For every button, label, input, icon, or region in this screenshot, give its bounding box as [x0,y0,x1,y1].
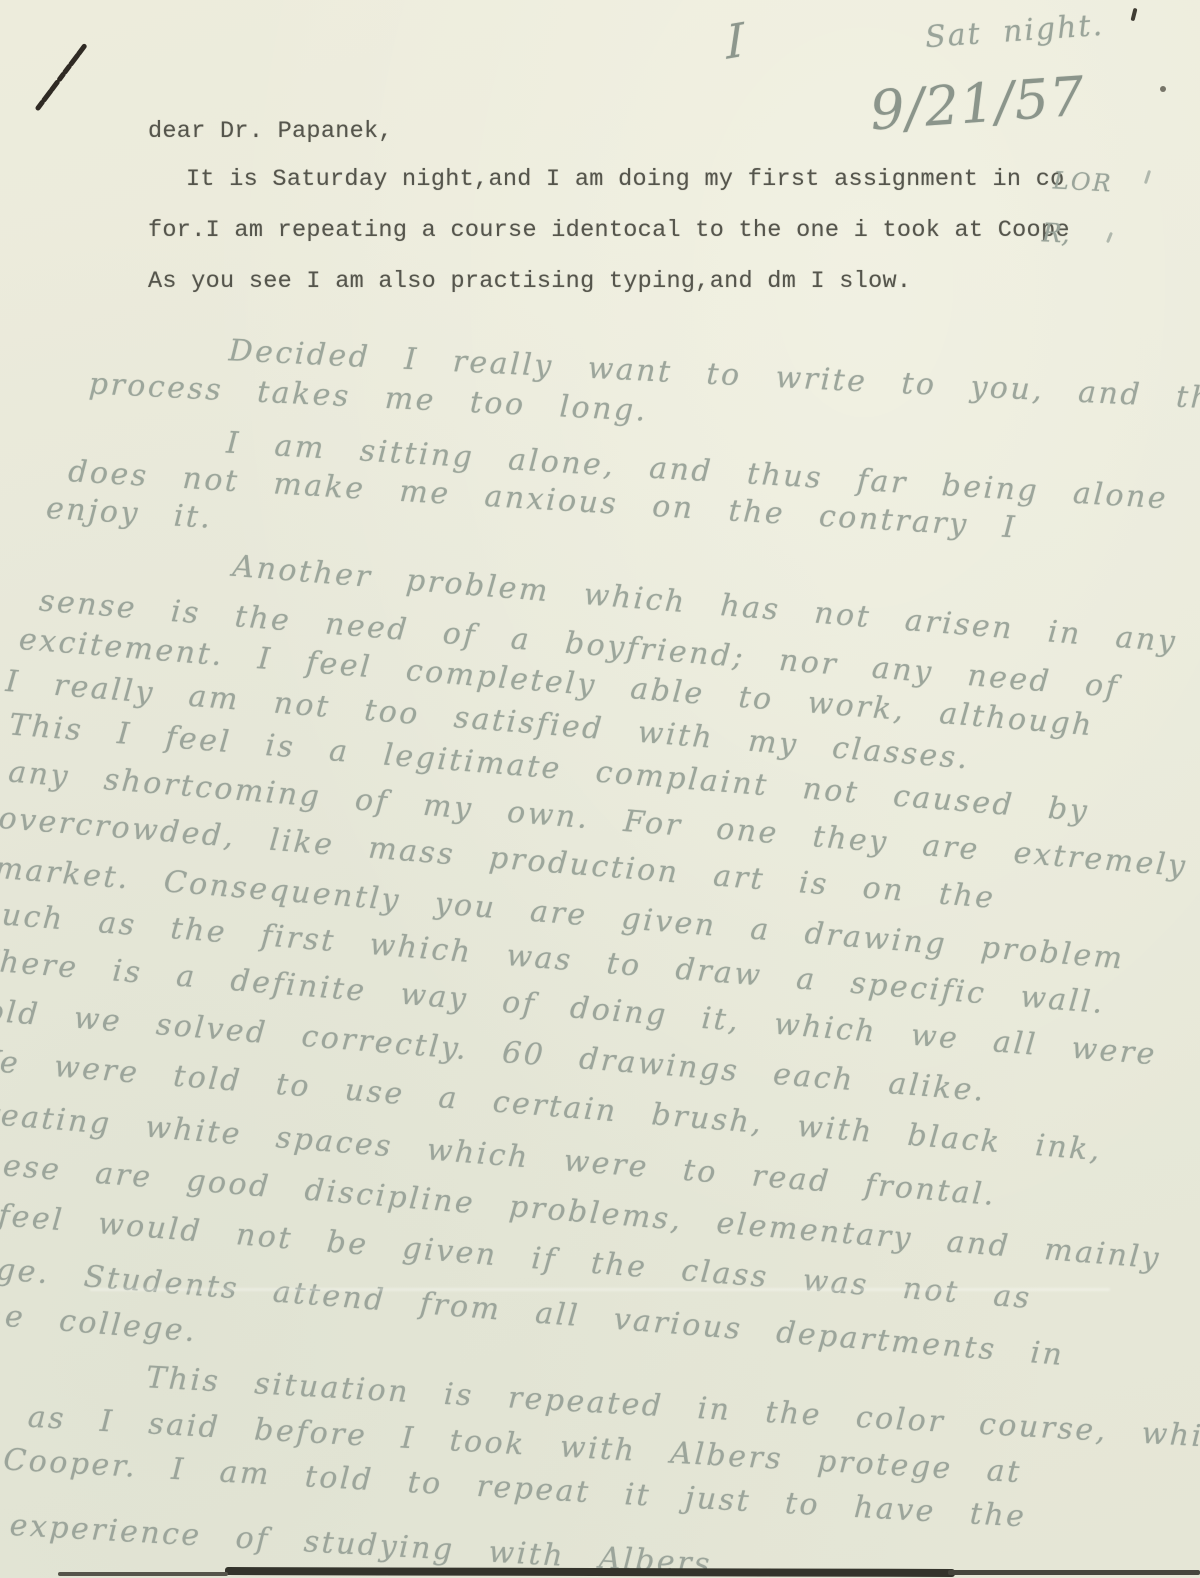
scan-edge-shadow [948,1570,1200,1575]
stray-ink-mark [1130,8,1137,22]
letter-page: I Sat night. 9/21/57 dear Dr. Papanek, I… [0,0,1200,1578]
handwriting-line: the college. [0,1296,199,1349]
paper-crease [90,1288,1110,1291]
page-number: I [725,12,745,70]
handwriting-paragraph-1: Decided I really want to write to you, a… [0,318,1200,386]
salutation: dear Dr. Papanek, [148,118,393,145]
handwriting-line: enjoy it. [45,491,213,536]
scan-edge-shadow [58,1572,228,1576]
typed-line-2: for.I am repeating a course identocal to… [148,217,1070,244]
scan-edge-shadow [225,1567,955,1577]
corner-note: Sat night. [924,8,1105,55]
handwriting-paragraph-3: Another problem which has not arisen in … [0,528,1200,640]
pencil-tick-mark [1144,170,1151,184]
typed-line-1: It is Saturday night,and I am doing my f… [186,166,1065,193]
date-note: 9/21/57 [868,65,1087,143]
typed-line-3: As you see I am also practising typing,a… [148,268,911,295]
stray-dot [1160,86,1166,92]
handwritten-suffix-cooper: R, [1041,218,1070,249]
pen-scratch-mark [20,30,120,140]
pencil-tick-mark [1106,232,1113,243]
handwritten-suffix-color: LOR [1052,166,1113,197]
